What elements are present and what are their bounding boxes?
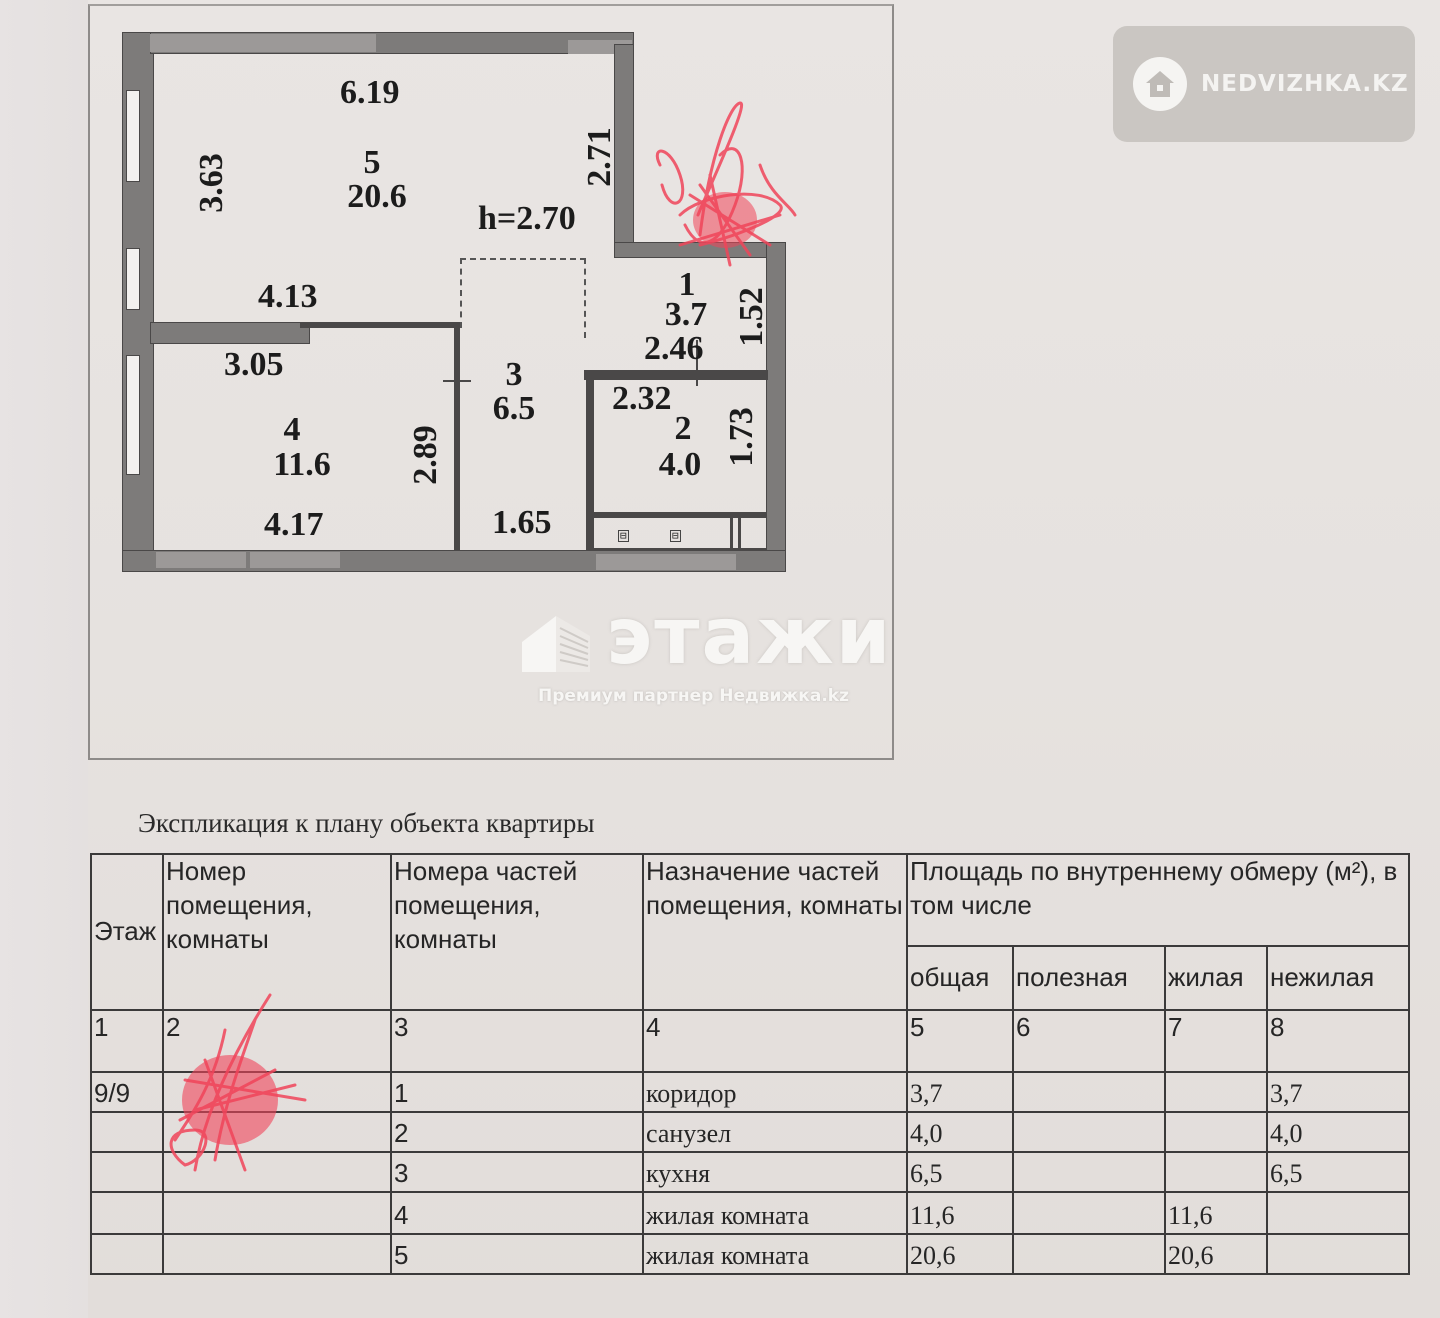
room5-area: 20.6 [330,180,424,214]
dim-room4-top: 3.05 [224,348,284,382]
room3-number: 3 [486,358,542,392]
explication-title: Экспликация к плану объекта квартиры [138,808,595,839]
column-number: 3 [391,1010,643,1072]
dim-room5-right: 2.71 [583,127,617,187]
wall-bathroom-left [586,375,594,555]
cell-living [1165,1072,1267,1112]
column-number: 6 [1013,1010,1165,1072]
cell-useful [1013,1192,1165,1234]
table-row: 9/9 1 коридор 3,7 3,7 [91,1072,1409,1112]
cell-total: 3,7 [907,1072,1013,1112]
dim-room2-height: 1.73 [725,407,759,467]
header-area-group: Площадь по внутреннему обмеру (м²), в то… [907,854,1409,946]
header-purpose: Назначение частей помещения, комнаты [643,854,907,1010]
cell-useful [1013,1152,1165,1192]
wall-bottom-segment [596,554,736,570]
cell-floor [91,1112,163,1152]
cell-total: 6,5 [907,1152,1013,1192]
cell-living: 11,6 [1165,1192,1267,1234]
table-row: 2 санузел 4,0 4,0 [91,1112,1409,1152]
column-number: 2 [163,1010,391,1072]
ceiling-height: h=2.70 [478,202,576,236]
cell-purpose: жилая комната [643,1192,907,1234]
cell-total: 20,6 [907,1234,1013,1274]
header-total: общая [907,946,1013,1010]
header-floor: Этаж [91,854,163,1010]
header-living: жилая [1165,946,1267,1010]
column-number: 4 [643,1010,907,1072]
window-left-1 [126,90,140,182]
room2-number: 2 [668,412,698,446]
cell-room [163,1072,391,1112]
cell-non-living [1267,1192,1409,1234]
wall-corridor-top [614,242,786,258]
door-mark [443,380,471,382]
cell-purpose: коридор [643,1072,907,1112]
room2-area: 4.0 [650,448,710,482]
cell-total: 4,0 [907,1112,1013,1152]
wall-duct [730,518,733,550]
header-useful: полезная [1013,946,1165,1010]
vent-icon: ⊟ [670,530,681,542]
wall-bottom-segment [250,552,340,568]
cell-purpose: жилая комната [643,1234,907,1274]
watermark-text: NEDVIZHKA.KZ [1201,71,1409,97]
dim-room4-right: 2.89 [409,425,443,485]
cell-useful [1013,1072,1165,1112]
cell-living [1165,1152,1267,1192]
cell-part: 3 [391,1152,643,1192]
building-icon [520,612,592,674]
cell-part: 2 [391,1112,643,1152]
cell-floor [91,1192,163,1234]
wall-bathroom-top [584,370,768,380]
room4-area: 11.6 [252,448,352,482]
dim-room1-height: 1.52 [735,287,769,347]
watermark-brand: этажи [606,598,892,676]
dim-room1-width: 2.46 [644,332,704,366]
cell-non-living [1267,1234,1409,1274]
dim-room5-top: 6.19 [340,76,400,110]
cell-room [163,1234,391,1274]
cell-room [163,1152,391,1192]
table-row: 4 жилая комната 11,6 11,6 [91,1192,1409,1234]
table-row: 3 кухня 6,5 6,5 [91,1152,1409,1192]
header-part-numbers: Номера частей помещения, комнаты [391,854,643,1010]
table-row: 5 жилая комната 20,6 20,6 [91,1234,1409,1274]
cell-living: 20,6 [1165,1234,1267,1274]
vent-icon: ⊟ [618,530,629,542]
etazhi-watermark: этажи Премиум партнер Недвижка.kz [518,598,938,718]
column-number: 5 [907,1010,1013,1072]
opening-dashed [460,258,462,328]
column-number: 1 [91,1010,163,1072]
house-icon [1133,57,1187,111]
cell-part: 5 [391,1234,643,1274]
dim-room5-bottom: 4.13 [258,280,318,314]
wall-bottom-segment [156,552,246,568]
room4-number: 4 [262,413,322,447]
header-room-number: Номер помещения, комнаты [163,854,391,1010]
watermark-subtitle: Премиум партнер Недвижка.kz [538,686,849,706]
cell-purpose: кухня [643,1152,907,1192]
header-non-living: нежилая [1267,946,1409,1010]
explication-table: Этаж Номер помещения, комнаты Номера час… [90,853,1410,1275]
wall-duct [738,518,741,550]
window-left-3 [126,355,140,475]
cell-purpose: санузел [643,1112,907,1152]
column-number: 7 [1165,1010,1267,1072]
cell-total: 11,6 [907,1192,1013,1234]
room3-area: 6.5 [476,392,552,426]
window-left-2 [126,248,140,310]
cell-floor [91,1152,163,1192]
nedvizhka-watermark: NEDVIZHKA.KZ [1113,26,1415,142]
wall-top-segment [150,34,376,52]
cell-useful [1013,1112,1165,1152]
cell-floor [91,1234,163,1274]
cell-part: 1 [391,1072,643,1112]
wall-room4-room3 [454,325,460,550]
cell-room [163,1192,391,1234]
cell-non-living: 4,0 [1267,1112,1409,1152]
cell-non-living: 6,5 [1267,1152,1409,1192]
opening-dashed [584,258,586,338]
wall-partition-thin [300,322,460,328]
cell-floor: 9/9 [91,1072,163,1112]
room5-number: 5 [340,146,404,180]
dim-room3-bottom: 1.65 [492,506,552,540]
dim-room2-width: 2.32 [612,382,672,416]
cell-living [1165,1112,1267,1152]
column-numbers-row: 1 2 3 4 5 6 7 8 [91,1010,1409,1072]
dim-room4-bottom: 4.17 [264,508,324,542]
dim-room5-left: 3.63 [195,153,229,213]
column-number: 8 [1267,1010,1409,1072]
wall-room5-room4 [150,322,310,344]
opening-dashed [460,258,586,260]
room1-area: 3.7 [656,298,716,332]
cell-useful [1013,1234,1165,1274]
cell-room [163,1112,391,1152]
cell-non-living: 3,7 [1267,1072,1409,1112]
cell-part: 4 [391,1192,643,1234]
